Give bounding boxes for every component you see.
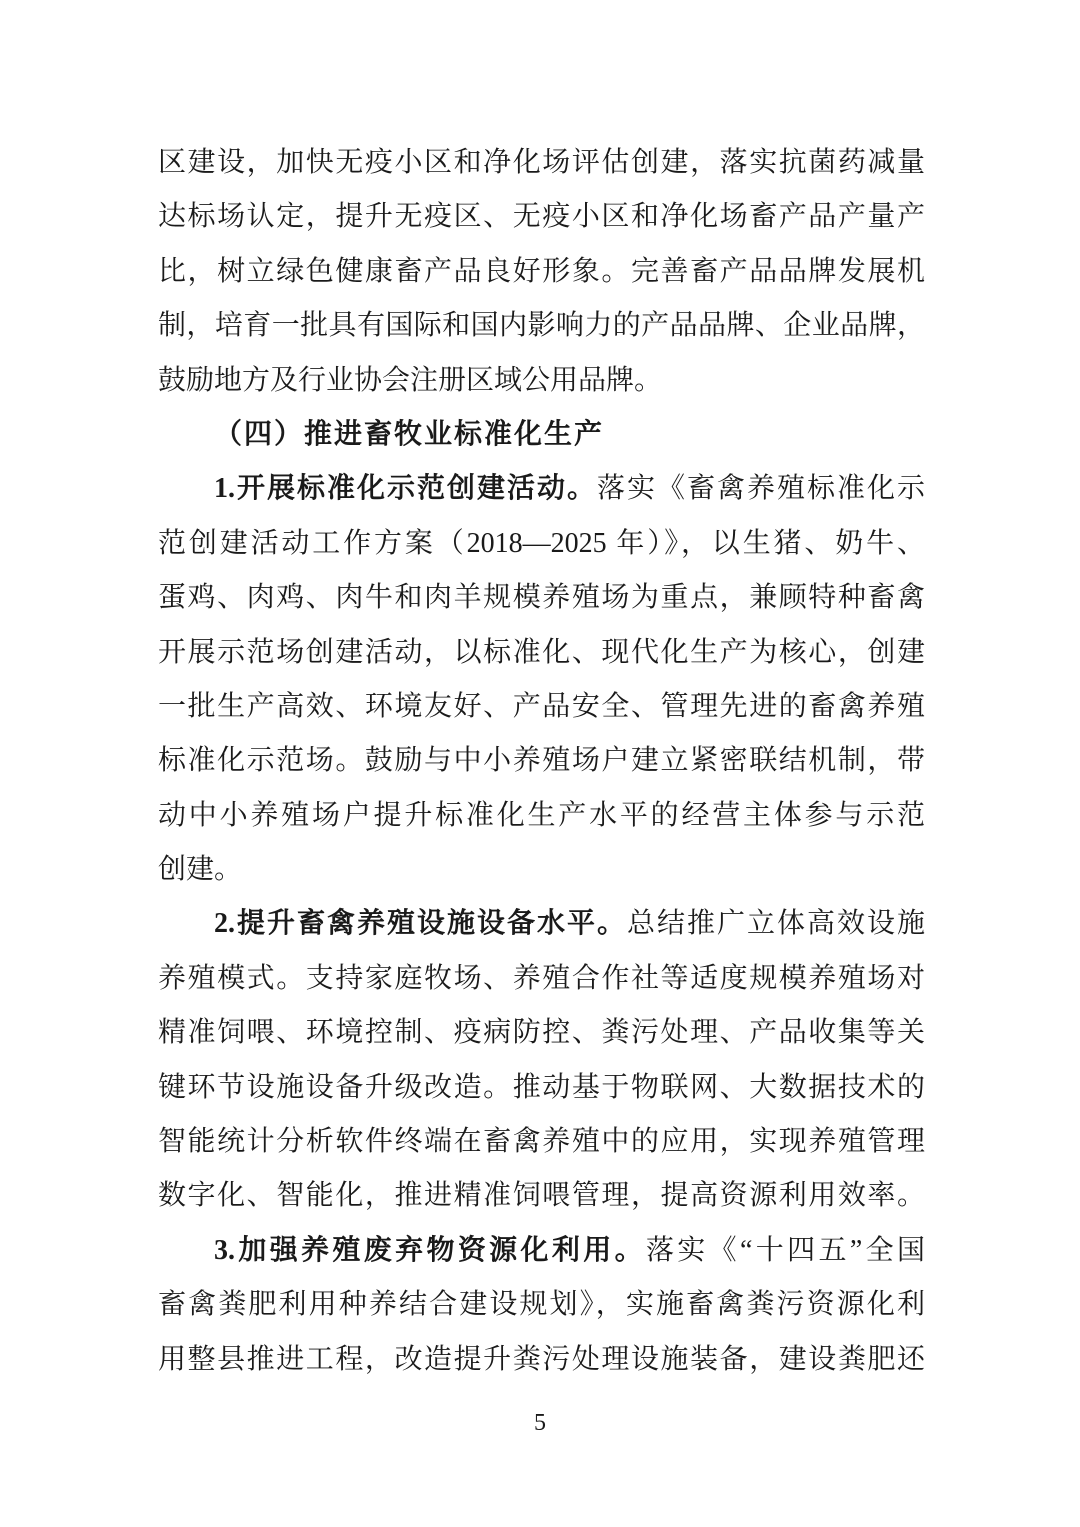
text-line: 区建设，加快无疫小区和净化场评估创建，落实抗菌药减量 [158,136,925,190]
line-bold-lead: 3.加强养殖废弃物资源化利用。 [214,1235,646,1266]
line-text: 开展示范场创建活动，以标准化、现代化生产为核心，创建 [158,637,925,668]
line-text: 达标场认定，提升无疫区、无疫小区和净化场畜产品产量产 [158,201,925,232]
line-text: 区建设，加快无疫小区和净化场评估创建，落实抗菌药减量 [158,147,925,178]
text-line: 鼓励地方及行业协会注册区域公用品牌。 [158,354,925,408]
text-line: 精准饲喂、环境控制、疫病防控、粪污处理、产品收集等关 [158,1006,925,1060]
line-bold-lead: 1.开展标准化示范创建活动。 [214,473,597,504]
text-line: 标准化示范场。鼓励与中小养殖场户建立紧密联结机制，带 [158,734,925,788]
line-text: 精准饲喂、环境控制、疫病防控、粪污处理、产品收集等关 [158,1017,925,1048]
text-line: 一批生产高效、环境友好、产品安全、管理先进的畜禽养殖 [158,680,925,734]
text-line: 数字化、智能化，推进精准饲喂管理，提高资源利用效率。 [158,1169,925,1223]
line-text: 智能统计分析软件终端在畜禽养殖中的应用，实现养殖管理 [158,1126,925,1157]
text-line: 达标场认定，提升无疫区、无疫小区和净化场畜产品产量产 [158,190,925,244]
line-bold-lead: （四）推进畜牧业标准化生产 [214,419,604,450]
text-line: 3.加强养殖废弃物资源化利用。落实《“十四五”全国 [158,1224,925,1278]
line-text: 动中小养殖场户提升标准化生产水平的经营主体参与示范 [158,800,925,831]
line-text: 比，树立绿色健康畜产品良好形象。完善畜产品品牌发展机 [158,256,925,287]
line-text: 总结推广立体高效设施 [627,908,925,939]
text-line: （四）推进畜牧业标准化生产 [158,408,925,462]
line-text: 用整县推进工程，改造提升粪污处理设施装备，建设粪肥还 [158,1344,925,1375]
line-text: 制，培育一批具有国际和国内影响力的产品品牌、企业品牌， [158,310,925,341]
line-text: 范创建活动工作方案（2018—2025 年）》，以生猪、奶牛、 [158,528,925,559]
text-line: 智能统计分析软件终端在畜禽养殖中的应用，实现养殖管理 [158,1115,925,1169]
text-line: 1.开展标准化示范创建活动。落实《畜禽养殖标准化示 [158,462,925,516]
text-line: 范创建活动工作方案（2018—2025 年）》，以生猪、奶牛、 [158,517,925,571]
text-line: 蛋鸡、肉鸡、肉牛和肉羊规模养殖场为重点，兼顾特种畜禽 [158,571,925,625]
line-text: 落实《“十四五”全国 [646,1235,925,1266]
line-text: 键环节设施设备升级改造。推动基于物联网、大数据技术的 [158,1072,925,1103]
text-line: 用整县推进工程，改造提升粪污处理设施装备，建设粪肥还 [158,1333,925,1387]
document-page: 区建设，加快无疫小区和净化场评估创建，落实抗菌药减量 达标场认定，提升无疫区、无… [0,0,1080,1527]
line-text: 数字化、智能化，推进精准饲喂管理，提高资源利用效率。 [158,1180,925,1211]
line-text: 养殖模式。支持家庭牧场、养殖合作社等适度规模养殖场对 [158,963,925,994]
line-text: 落实《畜禽养殖标准化示 [597,473,925,504]
line-bold-lead: 2.提升畜禽养殖设施设备水平。 [214,908,627,939]
text-line: 2.提升畜禽养殖设施设备水平。总结推广立体高效设施 [158,897,925,951]
text-line: 键环节设施设备升级改造。推动基于物联网、大数据技术的 [158,1061,925,1115]
line-text: 畜禽粪肥利用种养结合建设规划》，实施畜禽粪污资源化利 [158,1289,925,1320]
text-line: 畜禽粪肥利用种养结合建设规划》，实施畜禽粪污资源化利 [158,1278,925,1332]
text-line: 养殖模式。支持家庭牧场、养殖合作社等适度规模养殖场对 [158,952,925,1006]
text-line: 创建。 [158,843,925,897]
line-text: 标准化示范场。鼓励与中小养殖场户建立紧密联结机制，带 [158,745,925,776]
page-number: 5 [0,1408,1080,1438]
line-text: 一批生产高效、环境友好、产品安全、管理先进的畜禽养殖 [158,691,925,722]
line-text: 鼓励地方及行业协会注册区域公用品牌。 [158,365,662,396]
text-line: 制，培育一批具有国际和国内影响力的产品品牌、企业品牌， [158,299,925,353]
text-line: 开展示范场创建活动，以标准化、现代化生产为核心，创建 [158,626,925,680]
text-line: 动中小养殖场户提升标准化生产水平的经营主体参与示范 [158,789,925,843]
document-text-block: 区建设，加快无疫小区和净化场评估创建，落实抗菌药减量 达标场认定，提升无疫区、无… [158,136,925,1387]
text-line: 比，树立绿色健康畜产品良好形象。完善畜产品品牌发展机 [158,245,925,299]
line-text: 创建。 [158,854,242,885]
line-text: 蛋鸡、肉鸡、肉牛和肉羊规模养殖场为重点，兼顾特种畜禽 [158,582,925,613]
